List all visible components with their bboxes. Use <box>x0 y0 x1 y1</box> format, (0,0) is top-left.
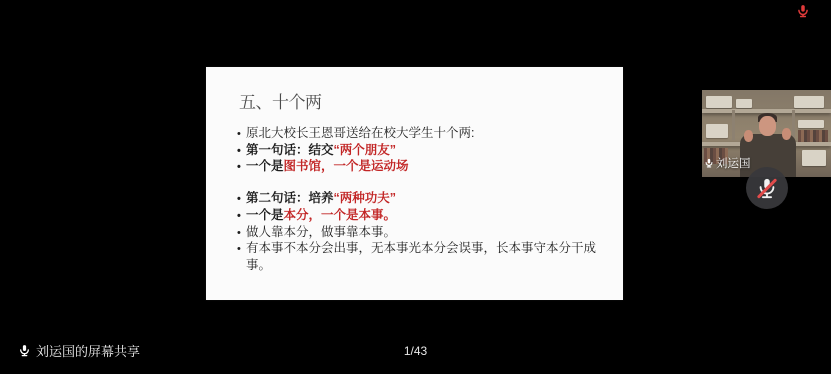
bullet-marker: • <box>237 242 246 258</box>
slide-text-segment: 第一句话：结交 <box>246 143 334 157</box>
microphone-active-icon <box>796 4 810 18</box>
slide-text-segment: 本分，一个是本事。 <box>284 208 397 222</box>
slide-body: •原北大校长王恩哥送给在校大学生十个两:•第一句话：结交“两个朋友”•一个是图书… <box>237 126 599 274</box>
shelf-box <box>794 96 824 108</box>
participant-face <box>759 116 776 136</box>
participant-hand <box>744 130 753 142</box>
slide-line: •一个是本分，一个是本事。 <box>237 208 599 225</box>
shelf-box <box>736 99 752 108</box>
slide-line: •做人靠本分，做事靠本事。 <box>237 225 599 242</box>
slide-line: •第一句话：结交“两个朋友” <box>237 143 599 160</box>
participant-hand <box>782 128 791 140</box>
slide-line: •第二句话：培养“两种功夫” <box>237 191 599 208</box>
slide-text-segment: 一个是 <box>246 208 284 222</box>
shared-slide: 五、十个两 •原北大校长王恩哥送给在校大学生十个两:•第一句话：结交“两个朋友”… <box>206 67 623 300</box>
shelf-box <box>802 150 826 166</box>
slide-text-segment: “两种功夫” <box>334 191 397 205</box>
bullet-marker: • <box>237 160 246 176</box>
slide-text-segment: “两个朋友” <box>334 143 397 157</box>
bullet-marker: • <box>237 144 246 160</box>
bullet-marker: • <box>237 192 246 208</box>
slide-text-segment: 原北大校长王恩哥送给在校大学生十个两: <box>246 126 474 140</box>
mute-microphone-button[interactable] <box>746 167 788 209</box>
microphone-icon <box>704 157 714 169</box>
bullet-marker: • <box>237 226 246 242</box>
bookshelf-divider <box>732 110 735 140</box>
slide-title: 五、十个两 <box>239 88 322 113</box>
shelf-books <box>798 130 828 142</box>
bullet-marker: • <box>237 209 246 225</box>
bullet-marker: • <box>237 127 246 143</box>
participant-name: 刘运国 <box>716 155 751 171</box>
participant-name-label: 刘运国 <box>704 155 751 171</box>
shelf-box <box>706 124 728 138</box>
slide-text-segment: 事。 <box>246 258 271 272</box>
slide-text-segment: 图书馆，一个是运动场 <box>284 159 409 173</box>
shelf-box <box>706 96 732 108</box>
slide-page-indicator: 1/43 <box>0 344 831 358</box>
slide-line: •一个是图书馆，一个是运动场 <box>237 159 599 176</box>
slide-text-segment: 做人靠本分，做事靠本事。 <box>246 225 396 239</box>
slide-text-segment: 一个是 <box>246 159 284 173</box>
slide-line: 事。 <box>237 258 599 274</box>
slide-text-segment: 第二句话：培养 <box>246 191 334 205</box>
slide-line: •有本事不本分会出事，无本事光本分会误事，长本事守本分干成 <box>237 241 599 258</box>
slide-text-segment: 有本事不本分会出事，无本事光本分会误事，长本事守本分干成 <box>246 241 596 255</box>
participant-video-thumbnail[interactable]: 刘运国 <box>702 90 831 177</box>
shelf-box <box>798 120 824 128</box>
slide-line-spacer <box>237 176 599 191</box>
slide-line: •原北大校长王恩哥送给在校大学生十个两: <box>237 126 599 143</box>
